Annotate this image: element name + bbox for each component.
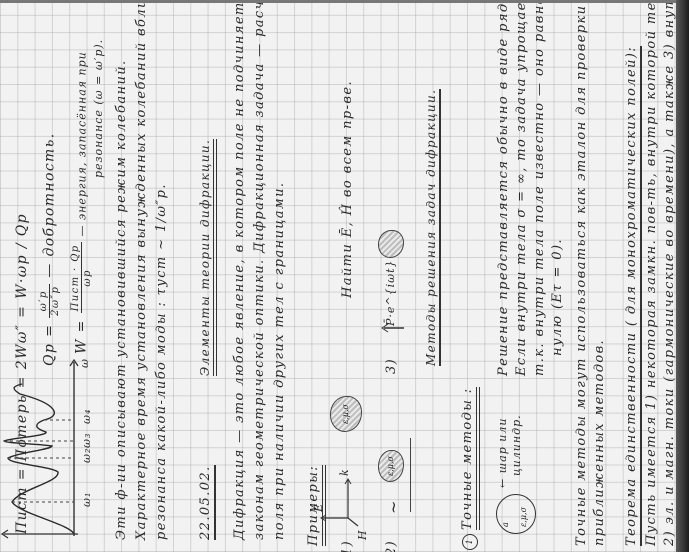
item-number-1: 1: [462, 534, 478, 550]
vector-e-label: E: [312, 503, 325, 512]
exact-method-line: Если внутри тела σ = ∞, то задача упроща…: [514, 0, 529, 376]
date: 22.05.02.: [198, 465, 216, 540]
example-2-number: 2): [384, 540, 399, 552]
resonance-curve-graph: [0, 354, 80, 544]
uniqueness-theorem-line: 2) эл. и магн. токи (гармонические во вр…: [662, 0, 677, 546]
example-3-number: 3): [384, 358, 399, 374]
graph-axis-label: ω: [78, 358, 91, 368]
quality-factor-formula: Qp = ω′p2ω″p — добротность.: [38, 132, 61, 366]
sphere-diagram: a ε,μ,σ: [496, 494, 536, 534]
examples-divider: [410, 438, 411, 512]
notebook-binding-edge: [676, 0, 689, 552]
definition-line: законам геометрической оптики. Дифракцио…: [252, 0, 267, 540]
definition-line: поля при наличии других тел с границами.: [272, 182, 287, 540]
scatterer-body-1: ε,μ,σ: [330, 396, 362, 432]
exact-methods-title: Точные методы :: [460, 387, 480, 530]
vector-k-label: k: [338, 468, 351, 476]
paragraph-line: Эти ф-ии описывают установившийся режим …: [114, 59, 129, 540]
uniqueness-theorem-line: Пусть имеется 1) некоторая замкн. пов-ть…: [644, 0, 659, 546]
sphere-note: цилиндр.: [510, 414, 523, 476]
uniqueness-theorem-title: Теорема единственности ( для монохромати…: [624, 46, 642, 546]
scatterer-body-3: [378, 230, 404, 258]
example-1-number: 1): [340, 540, 355, 552]
paragraph-line: Характерное время установления вынужденн…: [134, 0, 149, 540]
page-top-edge: [0, 0, 689, 3]
exact-method-line: Решение представляется обычно в виде ряд…: [496, 0, 511, 376]
scatterer-body-2: ε,μ,σ: [378, 450, 404, 482]
stored-energy-desc: резонансе (ω = ω′p).: [92, 39, 105, 178]
exact-methods-usage: Точные методы могут использоваться как э…: [574, 5, 589, 546]
graph-tick-w2: ω₂: [80, 448, 93, 463]
section-title-diffraction-theory: Элементы теории дифракции.: [198, 139, 217, 376]
graph-tick-w3: ω₃: [80, 433, 93, 448]
wave-symbol: ~: [384, 499, 403, 514]
exact-methods-usage: приближенных методов.: [592, 339, 607, 546]
stored-energy-formula: W = Пист · Qpωp — энергия, запасённая пр…: [70, 51, 93, 354]
find-fields-text: Найти Ē, Ĥ во всем пр-ве.: [340, 80, 355, 298]
exact-method-line: нулю (Eτ = 0).: [550, 238, 565, 356]
graph-tick-w1: ω₁: [80, 492, 93, 507]
notebook-page: Пист = Потерь = 2Wω″ = W·ωp / Qp Qp = ω′…: [0, 0, 689, 552]
sphere-note: ← шар или: [496, 418, 509, 488]
paragraph-line: резонанса какой-либо моды : τуст ~ 1/ω″p…: [154, 183, 169, 540]
section-title-solution-methods: Методы решения задач дифракции.: [424, 89, 441, 366]
field-vectors-diagram: [318, 468, 368, 538]
graph-tick-w4: ω₄: [80, 409, 93, 424]
dipole-moment-label: P̄·e^{iωt}: [384, 259, 397, 326]
exact-method-line: т.к. внутри тела поле известно — оно рав…: [532, 0, 547, 376]
definition-line: Дифракция — это любое явление, в котором…: [232, 0, 247, 540]
vector-h-label: H: [356, 529, 369, 540]
